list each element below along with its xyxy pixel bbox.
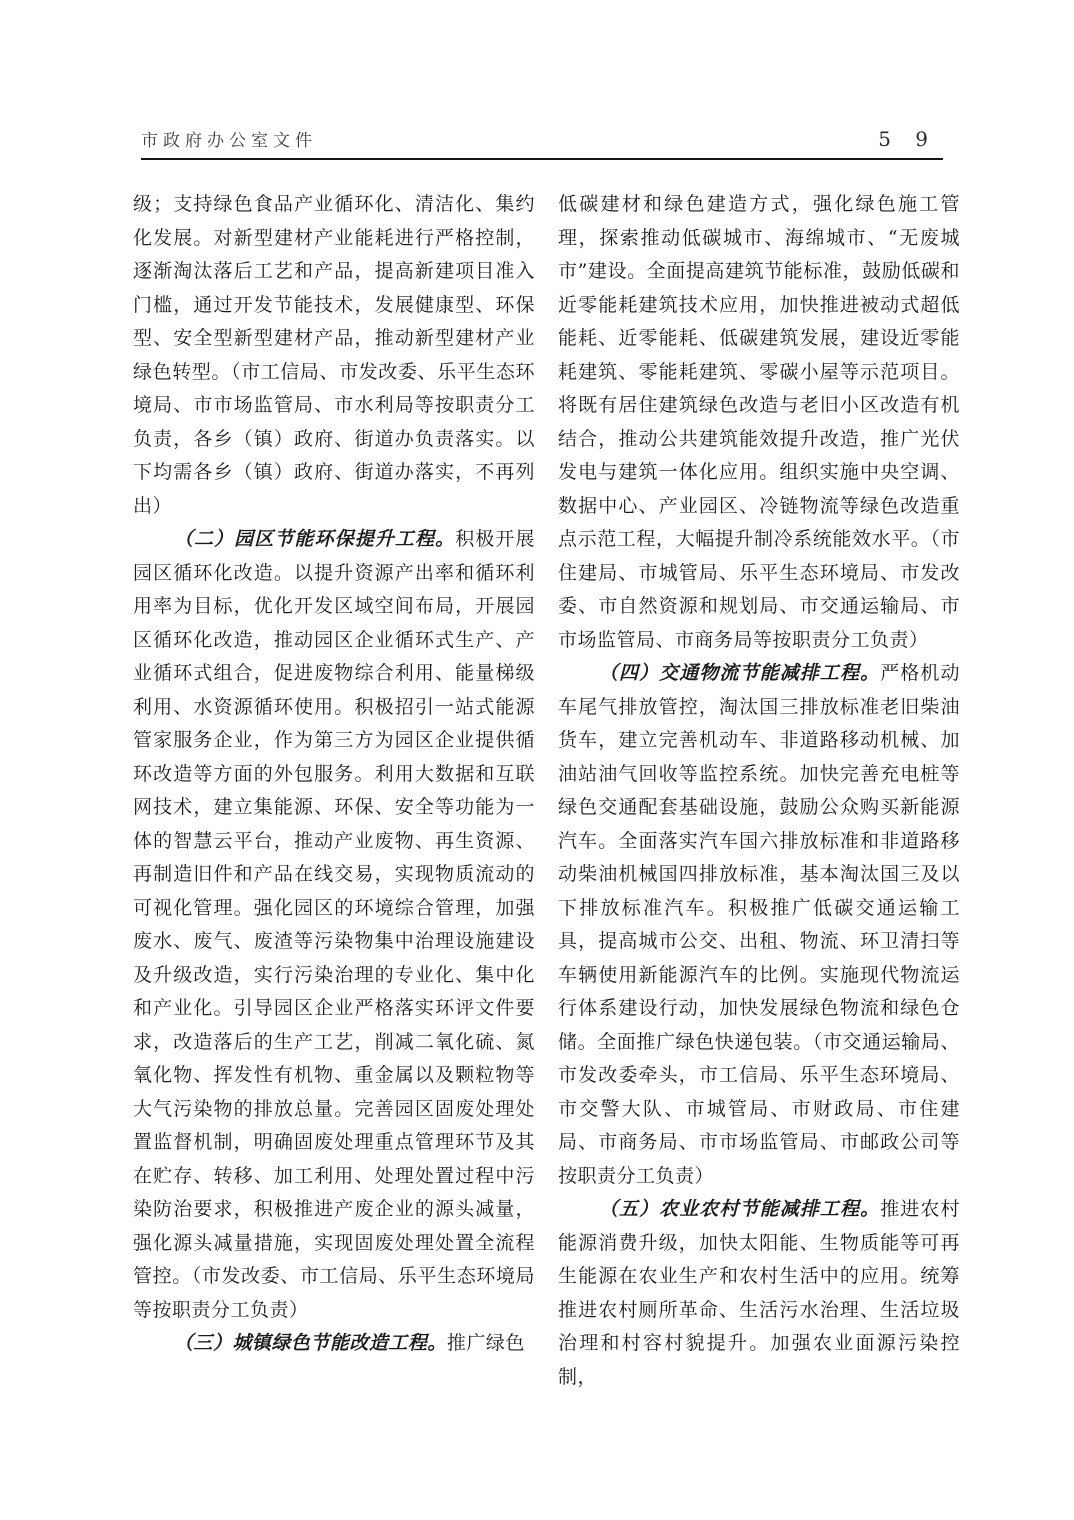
paragraph-continuation: 级；支持绿色食品产业循环化、清洁化、集约化发展。对新型建材产业能耗进行严格控制，…: [133, 188, 535, 523]
page-number: 5 9: [878, 127, 937, 151]
paragraph-text: 积极开展园区循环化改造。以提升资源产出率和循环利用率为目标，优化开发区域空间布局…: [133, 528, 535, 1321]
paragraph-section-2: （二）园区节能环保提升工程。积极开展园区循环化改造。以提升资源产出率和循环利用率…: [133, 523, 535, 1327]
header-rule: [141, 158, 943, 160]
paragraph-continuation: 低碳建材和绿色建造方式，强化绿色施工管理，探索推动低碳城市、海绵城市、“无废城市…: [558, 188, 960, 657]
paragraph-text: 推进农村能源消费升级，加快太阳能、生物质能等可再生能源在农业生产和农村生活中的应…: [558, 1198, 960, 1388]
paragraph-section-3: （三）城镇绿色节能改造工程。推广绿色: [133, 1327, 535, 1361]
paragraph-text: 低碳建材和绿色建造方式，强化绿色施工管理，探索推动低碳城市、海绵城市、“无废城市…: [558, 193, 960, 651]
section-heading-3: （三）城镇绿色节能改造工程。: [174, 1332, 447, 1354]
paragraph-section-4: （四）交通物流节能减排工程。严格机动车尾气排放管控，淘汰国三排放标准老旧柴油货车…: [558, 657, 960, 1193]
right-column: 低碳建材和绿色建造方式，强化绿色施工管理，探索推动低碳城市、海绵城市、“无废城市…: [558, 188, 960, 1394]
document-page: 市政府办公室文件 5 9 级；支持绿色食品产业循环化、清洁化、集约化发展。对新型…: [0, 0, 1074, 1520]
left-column: 级；支持绿色食品产业循环化、清洁化、集约化发展。对新型建材产业能耗进行严格控制，…: [133, 188, 535, 1394]
paragraph-text: 级；支持绿色食品产业循环化、清洁化、集约化发展。对新型建材产业能耗进行严格控制，…: [133, 193, 535, 517]
section-heading-2: （二）园区节能环保提升工程。: [174, 528, 455, 550]
document-body: 级；支持绿色食品产业循环化、清洁化、集约化发展。对新型建材产业能耗进行严格控制，…: [133, 188, 960, 1394]
header-title: 市政府办公室文件: [141, 126, 317, 151]
paragraph-text: 严格机动车尾气排放管控，淘汰国三排放标准老旧柴油货车，建立完善机动车、非道路移动…: [558, 662, 960, 1187]
paragraph-section-5: （五）农业农村节能减排工程。推进农村能源消费升级，加快太阳能、生物质能等可再生能…: [558, 1193, 960, 1394]
section-heading-5: （五）农业农村节能减排工程。: [599, 1198, 880, 1220]
header-row: 市政府办公室文件 5 9: [141, 126, 943, 158]
section-heading-4: （四）交通物流节能减排工程。: [599, 662, 880, 684]
document-header: 市政府办公室文件 5 9: [141, 126, 943, 160]
paragraph-text: 推广绿色: [447, 1332, 525, 1354]
